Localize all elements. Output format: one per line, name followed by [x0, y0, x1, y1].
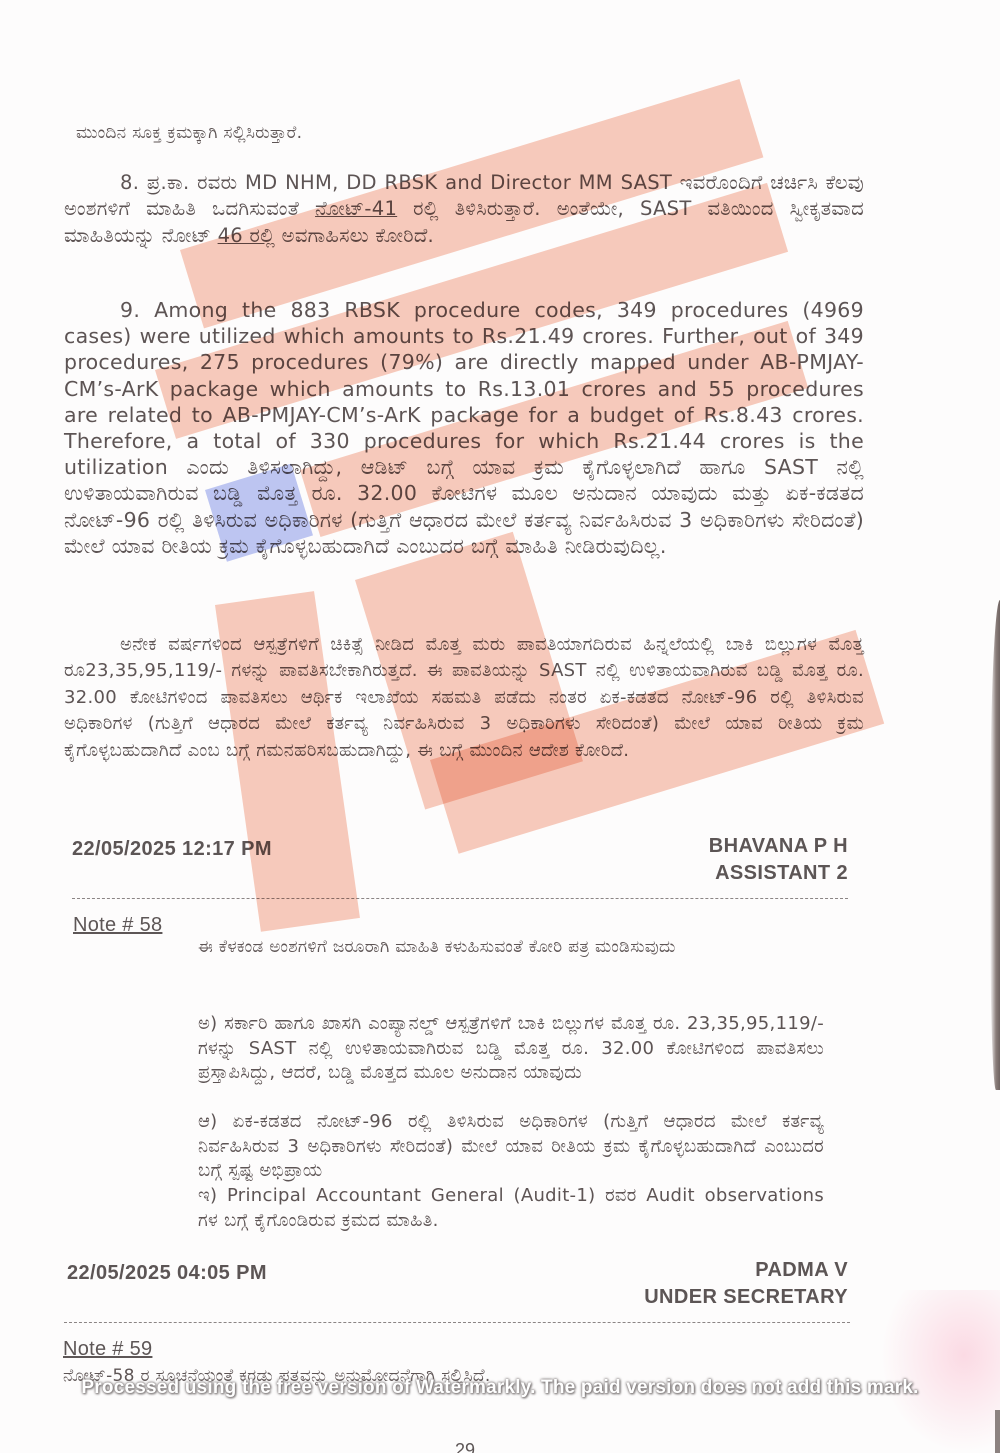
note-58-title: Note # 58 [73, 914, 162, 937]
signatory-2-name: PADMA V [644, 1257, 848, 1284]
edge-tint [880, 1290, 1000, 1453]
para9-number: 9. [120, 298, 140, 322]
continuation-line: ಮುಂದಿನ ಸೂಕ್ತ ಕ್ರಮಕ್ಕಾಗಿ ಸಲ್ಲಿಸಿರುತ್ತಾರೆ. [76, 120, 302, 146]
timestamp-2: 22/05/2025 04:05 PM [67, 1262, 267, 1285]
signatory-1-designation: ASSISTANT 2 [709, 860, 848, 887]
note-58-item-c: ಇ) Principal Accountant General (Audit-1… [198, 1184, 824, 1233]
timestamp-1: 22/05/2025 12:17 PM [72, 838, 272, 861]
divider-1 [72, 898, 848, 899]
signatory-1: BHAVANA P H ASSISTANT 2 [709, 833, 848, 887]
note-58-item-a: ಅ) ಸರ್ಕಾರಿ ಹಾಗೂ ಖಾಸಗಿ ಎಂಪ್ಯಾನಲ್ಡ್ ಆಸ್ಪತ್… [198, 1012, 824, 1086]
note-59-title: Note # 59 [63, 1338, 152, 1361]
paper-edge-shadow-bottom [995, 1410, 1000, 1453]
document-page: ಮುಂದಿನ ಸೂಕ್ತ ಕ್ರಮಕ್ಕಾಗಿ ಸಲ್ಲಿಸಿರುತ್ತಾರೆ.… [0, 0, 1000, 1453]
note-58-intro: ಈ ಕೆಳಕಂಡ ಅಂಶಗಳಿಗೆ ಜರೂರಾಗಿ ಮಾಹಿತಿ ಕಳುಹಿಸು… [198, 935, 824, 960]
watermark-notice: Processed using the free version of Wate… [0, 1377, 1000, 1399]
paper-edge-shadow [990, 600, 1000, 1090]
page-number: 29 [455, 1440, 475, 1453]
para8-number: 8. [120, 171, 139, 194]
signatory-2: PADMA V UNDER SECRETARY [644, 1257, 848, 1311]
signatory-2-designation: UNDER SECRETARY [644, 1284, 848, 1311]
signatory-1-name: BHAVANA P H [709, 833, 848, 860]
note-58-item-b: ಆ) ಏಕ-ಕಡತದ ನೋಟ್-96 ರಲ್ಲಿ ತಿಳಿಸಿರುವ ಅಧಿಕಾ… [198, 1110, 824, 1184]
divider-2 [64, 1322, 850, 1323]
